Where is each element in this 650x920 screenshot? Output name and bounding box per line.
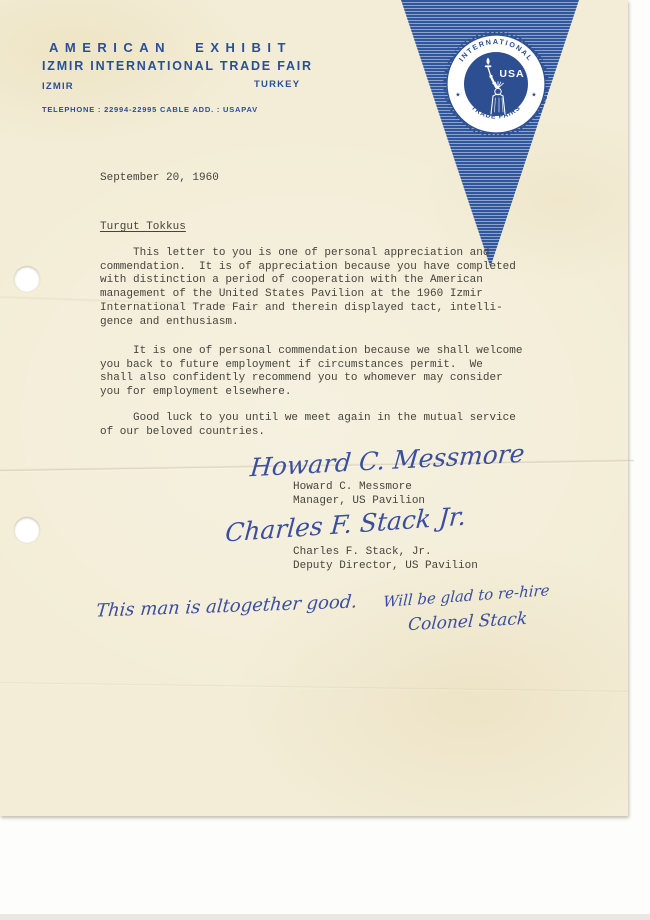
letterhead-org-line1: AMERICAN EXHIBIT [49, 40, 292, 55]
letter-line: shall also confidently recommend you to … [100, 372, 522, 386]
signer-name: Charles F. Stack, Jr. [293, 546, 478, 560]
letter-paragraph-3: Good luck to you until we meet again in … [100, 412, 516, 439]
punch-hole-top [14, 266, 40, 292]
letterhead-country: TURKEY [254, 79, 300, 90]
handwritten-note-right-line1: Will be glad to re-hire [383, 581, 550, 611]
seal-usa-label: USA [499, 68, 524, 80]
handwritten-note-left: This man is altogether good. [95, 591, 358, 621]
letter-line: This letter to you is one of personal ap… [100, 247, 516, 261]
seal-star-left-icon: ★ [455, 91, 460, 98]
seal-star-right-icon: ★ [531, 91, 536, 98]
letter-line: International Trade Fair and therein dis… [100, 302, 516, 316]
punch-hole-bottom [14, 517, 40, 543]
letter-date: September 20, 1960 [100, 172, 219, 186]
letter-addressee: Turgut Tokkus [100, 221, 186, 235]
letter-line: It is one of personal commendation becau… [100, 345, 522, 359]
letterhead-org-line2: IZMIR INTERNATIONAL TRADE FAIR [42, 59, 313, 73]
letter-line: Good luck to you until we meet again in … [100, 412, 516, 426]
letter-line: with distinction a period of cooperation… [100, 274, 516, 288]
signer-title: Deputy Director, US Pavilion [293, 560, 478, 574]
letter-line: you for employment elsewhere. [100, 386, 522, 400]
signature-block-1: Howard C. Messmore Manager, US Pavilion [293, 481, 425, 508]
letter-line: gence and enthusiasm. [100, 316, 516, 330]
signer-name: Howard C. Messmore [293, 481, 425, 495]
letter-line: of our beloved countries. [100, 426, 516, 440]
letter-line: management of the United States Pavilion… [100, 288, 516, 302]
signature-howard-messmore: Howard C. Messmore [249, 439, 526, 483]
handwritten-note-signature: Colonel Stack [407, 609, 527, 635]
scanner-edge-strip [0, 914, 650, 920]
signature-block-2: Charles F. Stack, Jr. Deputy Director, U… [293, 546, 478, 573]
letterhead-city: IZMIR [42, 81, 74, 92]
letter-paragraph-2: It is one of personal commendation becau… [100, 345, 522, 400]
letter-paragraph-1: This letter to you is one of personal ap… [100, 247, 516, 329]
letterhead-cable-address: CABLE ADD. : USAPAV [160, 105, 258, 114]
letter-line: you back to future employment if circums… [100, 359, 522, 373]
letter-paper: INTERNATIONAL TRADE FAIRS ★ ★ USA AMERIC… [0, 0, 628, 816]
paper-fold-crease [0, 682, 628, 694]
letter-line: commendation. It is of appreciation beca… [100, 261, 516, 275]
scanned-letter-page: INTERNATIONAL TRADE FAIRS ★ ★ USA AMERIC… [0, 0, 650, 920]
letterhead-telephone: TELEPHONE : 22994-22995 [42, 105, 157, 114]
trade-fairs-seal-icon: INTERNATIONAL TRADE FAIRS ★ ★ USA [442, 30, 550, 138]
